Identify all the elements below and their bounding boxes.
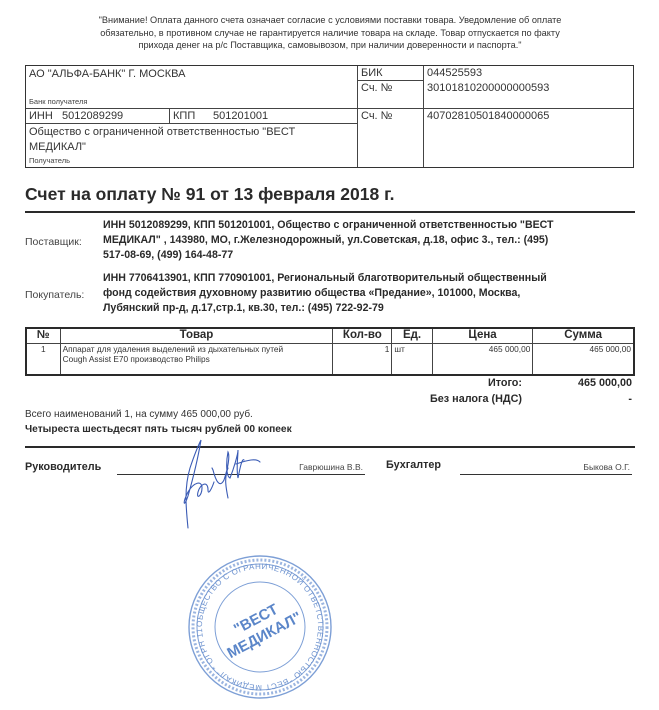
row-price: 465 000,00 <box>432 344 533 376</box>
vat-label: Без налога (НДС) <box>380 393 522 405</box>
corr-account-label: Сч. № <box>361 82 392 94</box>
inn-label: ИНН <box>29 110 53 122</box>
supplier-details: ИНН 5012089299, КПП 501201001, Общество … <box>103 218 633 263</box>
kpp-value: 501201001 <box>213 110 268 122</box>
accountant-signature-line <box>460 474 632 475</box>
col-qty: Кол-во <box>333 328 392 344</box>
row-sum: 465 000,00 <box>533 344 634 376</box>
row-unit: шт <box>392 344 432 376</box>
bik-value: 044525593 <box>427 67 482 79</box>
bank-details-table: АО "АЛЬФА-БАНК" Г. МОСКВА Банк получател… <box>25 65 634 168</box>
row-qty: 1 <box>333 344 392 376</box>
amount-in-words: Четыреста шестьдесят пять тысяч рублей 0… <box>25 424 292 435</box>
supplier-label: Поставщик: <box>25 236 82 248</box>
vat-value: - <box>530 393 632 405</box>
company-stamp-icon: ОБЩЕСТВО С ОГРАНИЧЕННОЙ ОТВЕТСТВЕННОСТЬЮ… <box>186 553 334 701</box>
items-count-summary: Всего наименований 1, на сумму 465 000,0… <box>25 409 253 420</box>
invoice-title: Счет на оплату № 91 от 13 февраля 2018 г… <box>25 184 394 205</box>
recipient-name-line: МЕДИКАЛ" <box>29 141 86 153</box>
supplier-line: МЕДИКАЛ" , 143980, МО, г.Железнодорожный… <box>103 233 633 248</box>
notice-line: обязательно, в противном случае не гаран… <box>40 27 620 40</box>
buyer-line: Лубянский пр-д, д.17,стр.1, кв.30, тел.:… <box>103 301 633 316</box>
col-product: Товар <box>60 328 333 344</box>
accountant-label: Бухгалтер <box>386 459 441 471</box>
inn-value: 5012089299 <box>62 110 123 122</box>
buyer-label: Покупатель: <box>25 289 84 301</box>
col-number: № <box>26 328 60 344</box>
total-value: 465 000,00 <box>530 377 632 389</box>
title-rule <box>25 211 635 213</box>
bik-label: БИК <box>361 67 383 79</box>
goods-table: № Товар Кол-во Ед. Цена Сумма 1 Аппарат … <box>25 327 635 376</box>
recipient-label: Получатель <box>29 156 70 165</box>
row-number: 1 <box>26 344 60 376</box>
summary-rule <box>25 446 635 448</box>
notice-line: "Внимание! Оплата данного счета означает… <box>40 14 620 27</box>
buyer-line: фонд содействия духовному развитию общес… <box>103 286 633 301</box>
supplier-line: 517-08-69, (499) 164-48-77 <box>103 248 633 263</box>
head-label: Руководитель <box>25 461 101 473</box>
product-name-line: Cough Assist E70 производство Philips <box>63 354 331 364</box>
goods-row: 1 Аппарат для удаления выделений из дыха… <box>26 344 634 376</box>
product-name-line: Аппарат для удаления выделений из дыхате… <box>63 344 331 354</box>
recipient-name-line: Общество с ограниченной ответственностью… <box>29 126 295 138</box>
supplier-line: ИНН 5012089299, КПП 501201001, Общество … <box>103 218 633 233</box>
buyer-details: ИНН 7706413901, КПП 770901001, Региональ… <box>103 271 633 316</box>
col-price: Цена <box>432 328 533 344</box>
corr-account-value: 30101810200000000593 <box>427 82 549 94</box>
account-value: 40702810501840000065 <box>427 110 549 122</box>
buyer-line: ИНН 7706413901, КПП 770901001, Региональ… <box>103 271 633 286</box>
account-label: Сч. № <box>361 110 392 122</box>
row-product: Аппарат для удаления выделений из дыхате… <box>60 344 333 376</box>
kpp-label: КПП <box>173 110 195 122</box>
total-label: Итого: <box>400 377 522 389</box>
bank-label: Банк получателя <box>29 97 87 106</box>
col-unit: Ед. <box>392 328 432 344</box>
col-sum: Сумма <box>533 328 634 344</box>
notice-line: прихода денег на р/с Поставщика, самовыв… <box>40 39 620 52</box>
payment-notice: "Внимание! Оплата данного счета означает… <box>40 14 620 52</box>
goods-header-row: № Товар Кол-во Ед. Цена Сумма <box>26 328 634 344</box>
accountant-name: Быкова О.Г. <box>520 462 630 472</box>
bank-name: АО "АЛЬФА-БАНК" Г. МОСКВА <box>29 68 185 80</box>
signature-scribble-icon <box>168 438 278 533</box>
